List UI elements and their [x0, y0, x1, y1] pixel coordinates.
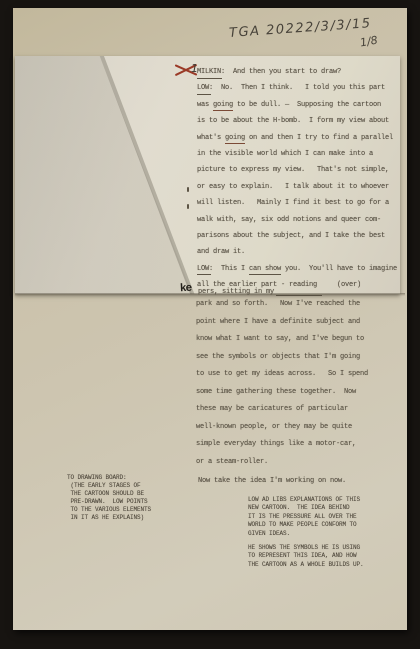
margin-tick-mark — [187, 187, 189, 192]
typed-line: point where I have a definite subject an… — [196, 314, 368, 332]
stage-direction-caps-2: HE SHOWS THE SYMBOLS HE IS USINGTO REPRE… — [248, 544, 364, 569]
typed-line: LOW: This I can show you. You'll have to… — [197, 261, 397, 277]
typed-line: LOW: No. Then I think. I told you this p… — [197, 80, 397, 96]
typed-line: IN IT AS HE EXPLAINS) — [67, 514, 151, 522]
typed-text-block-bottom: park and so forth. Now I've reached thep… — [196, 296, 368, 471]
typed-line: walk with, say, six odd notions and quee… — [197, 212, 397, 228]
typed-line: NEW CARTOON. THE IDEA BEHIND — [248, 504, 360, 512]
typed-cut-line: pers, sitting in my — [198, 288, 274, 296]
handwritten-insert-mark: ke — [180, 283, 192, 296]
underline-mark — [197, 94, 211, 95]
typed-line: know what I want to say, and I've begun … — [196, 331, 368, 349]
underline-mark — [249, 274, 281, 275]
typed-line: will listen. Mainly I find it best to go… — [197, 195, 397, 211]
scan-background: TGA 20222/3/3/15 1/8 1 MILKIN: And then … — [0, 0, 420, 649]
typed-line: (THE EARLY STAGES OF — [67, 482, 151, 490]
underline-mark — [213, 110, 233, 111]
typed-line: in the visible world which I can make in… — [197, 146, 397, 162]
margin-tick-mark — [187, 204, 189, 209]
typed-line: is to be about the H-bomb. I form my vie… — [197, 113, 397, 129]
typed-line: and draw it. — [197, 244, 397, 260]
typed-line: HE SHOWS THE SYMBOLS HE IS USING — [248, 544, 364, 552]
typed-line: WORLD TO MAKE PEOPLE CONFORM TO — [248, 521, 360, 529]
typed-line: IT IS THE PRESSURE ALL OVER THE — [248, 513, 360, 521]
typed-line: parisons about the subject, and I take t… — [197, 228, 397, 244]
typed-line: LOW AD LIBS EXPLANATIONS OF THIS — [248, 496, 360, 504]
typed-line: PRE-DRAWN. LOW POINTS — [67, 498, 151, 506]
typed-now-take-line: Now take the idea I'm working on now. — [198, 477, 346, 485]
typed-line: TO THE VARIOUS ELEMENTS — [67, 506, 151, 514]
typed-line: picture to express my view. That's not s… — [197, 162, 397, 178]
typed-line: well-known people, or they may be quite — [196, 419, 368, 437]
typed-line: MILKIN: And then you start to draw? — [197, 64, 397, 80]
typed-line: TO REPRESENT THIS IDEA, AND HOW — [248, 552, 364, 560]
underline-mark — [197, 78, 222, 79]
typed-line: THE CARTOON SHOULD BE — [67, 490, 151, 498]
stage-direction-left: TO DRAWING BOARD: (THE EARLY STAGES OF T… — [67, 474, 151, 522]
stage-direction-caps-1: LOW AD LIBS EXPLANATIONS OF THISNEW CART… — [248, 496, 360, 538]
underline-mark — [225, 143, 245, 144]
typed-line: see the symbols or objects that I'm goin… — [196, 349, 368, 367]
typed-line: THE CARTOON AS A WHOLE BUILDS UP. — [248, 561, 364, 569]
typed-line: GIVEN IDEAS. — [248, 530, 360, 538]
typed-line: some time gathering these together. Now — [196, 384, 368, 402]
typed-line: or a steam-roller. — [196, 454, 368, 472]
typed-line: or easy to explain. I talk about it to w… — [197, 179, 397, 195]
typed-line: these may be caricatures of particular — [196, 401, 368, 419]
typed-line: simple everyday things like a motor-car, — [196, 436, 368, 454]
typed-line: park and so forth. Now I've reached the — [196, 296, 368, 314]
typed-line: to use to get my ideas across. So I spen… — [196, 366, 368, 384]
typed-text-block-top: MILKIN: And then you start to draw?LOW: … — [197, 64, 397, 294]
typed-line: TO DRAWING BOARD: — [67, 474, 151, 482]
underline-mark — [197, 274, 211, 275]
